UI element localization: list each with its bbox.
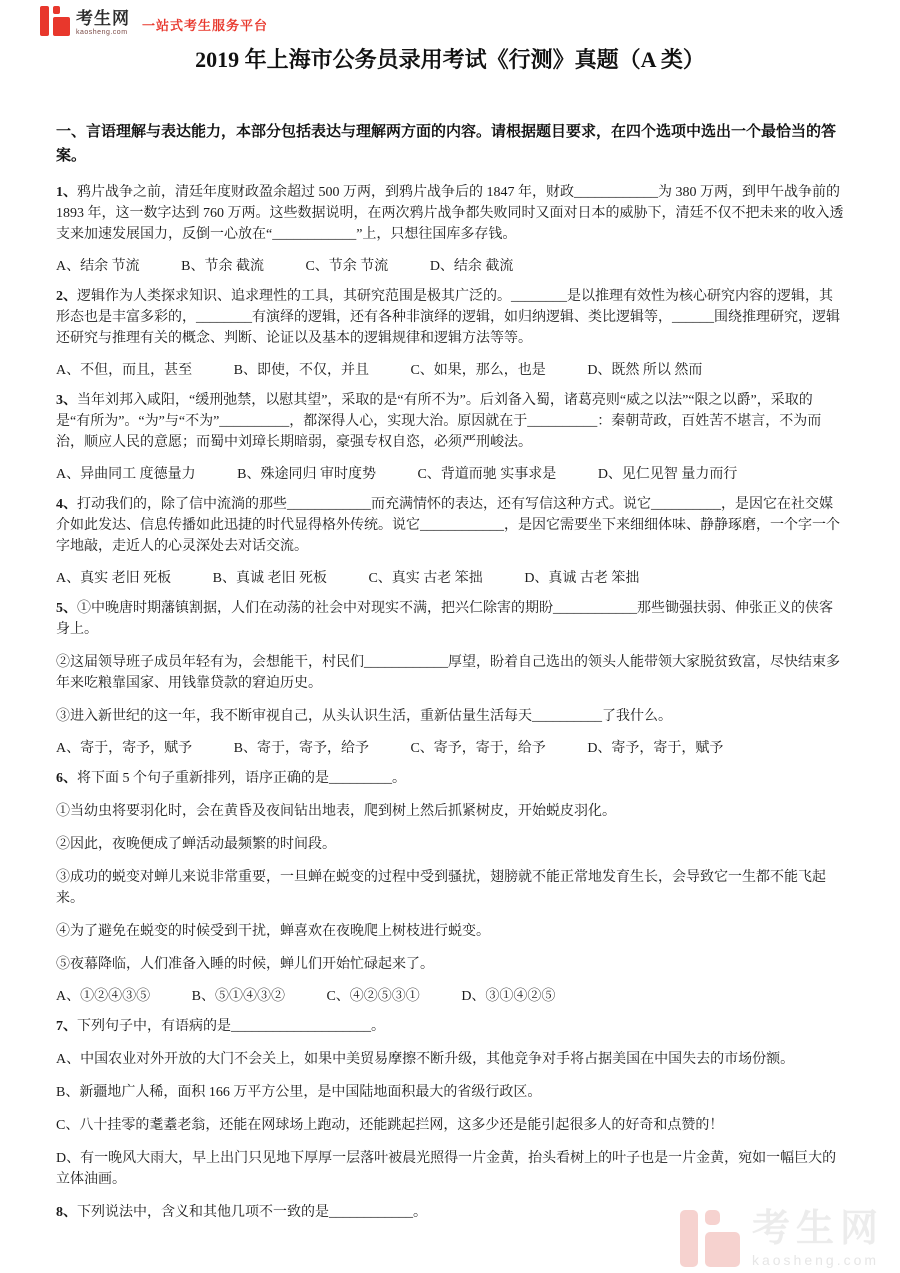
question-6-options: A、①②④③⑤ B、⑤①④③② C、④②⑤③① D、③①④②⑤ xyxy=(56,986,844,1007)
question-3-options: A、异曲同工 度德量力 B、殊途同归 审时度势 C、背道而驰 实事求是 D、见仁… xyxy=(56,464,844,485)
question-2-option-d: D、既然 所以 然而 xyxy=(587,360,702,381)
question-5: 5、①中晚唐时期藩镇割据，人们在动荡的社会中对现实不满，把兴仁除害的期盼____… xyxy=(56,598,844,759)
question-7-option-d: D、有一晚风大雨大，早上出门只见地下厚厚一层落叶被晨光照得一片金黄，抬头看树上的… xyxy=(56,1148,844,1190)
question-3-option-b: B、殊途同归 审时度势 xyxy=(237,464,376,485)
section-header: 一、言语理解与表达能力，本部分包括表达与理解两方面的内容。请根据题目要求，在四个… xyxy=(56,120,844,168)
question-6-sentence-2: ②因此，夜晚便成了蝉活动最频繁的时间段。 xyxy=(56,834,844,855)
question-6-sentence-4: ④为了避免在蜕变的时候受到干扰，蝉喜欢在夜晚爬上树枝进行蜕变。 xyxy=(56,921,844,942)
question-1-body: 鸦片战争之前，清廷年度财政盈余超过 500 万两，到鸦片战争后的 1847 年，… xyxy=(56,185,844,242)
question-7-stem: 下列句子中，有语病的是____________________。 xyxy=(77,1019,385,1034)
question-6-option-b: B、⑤①④③② xyxy=(192,986,285,1007)
question-4-text: 4、打动我们的，除了信中流淌的那些____________而充满情怀的表达，还有… xyxy=(56,494,844,557)
header-logo: 考生网 kaosheng.com 一站式考生服务平台 xyxy=(40,6,268,36)
question-4-option-b: B、真诚 老旧 死板 xyxy=(213,568,327,589)
question-5-text: 5、①中晚唐时期藩镇割据，人们在动荡的社会中对现实不满，把兴仁除害的期盼____… xyxy=(56,598,844,640)
question-1-number: 1、 xyxy=(56,185,77,200)
question-2-option-a: A、不但，而且，甚至 xyxy=(56,360,192,381)
question-1-option-c: C、节余 节流 xyxy=(305,256,388,277)
question-3-text: 3、当年刘邦入咸阳，“缓刑弛禁，以慰其望”，采取的是“有所不为”。后刘备入蜀，诸… xyxy=(56,390,844,453)
question-5-options: A、寄于，寄予，赋予 B、寄于，寄予，给予 C、寄予，寄于，给予 D、寄予，寄于… xyxy=(56,738,844,759)
question-3-body: 当年刘邦入咸阳，“缓刑弛禁，以慰其望”，采取的是“有所不为”。后刘备入蜀，诸葛亮… xyxy=(56,393,821,450)
question-1-option-a: A、结余 节流 xyxy=(56,256,140,277)
brand-domain: kaosheng.com xyxy=(76,29,130,36)
question-1-text: 1、鸦片战争之前，清廷年度财政盈余超过 500 万两，到鸦片战争后的 1847 … xyxy=(56,182,844,245)
question-2: 2、逻辑作为人类探求知识、追求理性的工具，其研究范围是极其广泛的。_______… xyxy=(56,286,844,381)
document-page: 考生网 kaosheng.com 一站式考生服务平台 2019 年上海市公务员录… xyxy=(0,0,900,1273)
document-content: 2019 年上海市公务员录用考试《行测》真题（A 类） 一、言语理解与表达能力，… xyxy=(0,0,900,1223)
question-1-option-b: B、节余 截流 xyxy=(181,256,264,277)
question-8-text: 8、下列说法中，含义和其他几项不一致的是____________。 xyxy=(56,1202,844,1223)
page-title: 2019 年上海市公务员录用考试《行测》真题（A 类） xyxy=(56,44,844,76)
question-1-option-d: D、结余 截流 xyxy=(430,256,514,277)
question-2-number: 2、 xyxy=(56,289,77,304)
question-2-option-b: B、即使，不仅，并且 xyxy=(234,360,369,381)
question-4-option-c: C、真实 古老 笨拙 xyxy=(368,568,482,589)
question-3-option-d: D、见仁见智 量力而行 xyxy=(598,464,738,485)
question-8-stem: 下列说法中，含义和其他几项不一致的是____________。 xyxy=(77,1205,427,1220)
question-7-option-b: B、新疆地广人稀，面积 166 万平方公里，是中国陆地面积最大的省级行政区。 xyxy=(56,1082,844,1103)
question-5-number: 5、 xyxy=(56,601,77,616)
question-6: 6、将下面 5 个句子重新排列，语序正确的是_________。 ①当幼虫将要羽… xyxy=(56,768,844,1007)
question-6-stem: 将下面 5 个句子重新排列，语序正确的是_________。 xyxy=(77,771,406,786)
question-6-sentence-5: ⑤夜幕降临，人们准备入睡的时候，蝉儿们开始忙碌起来了。 xyxy=(56,954,844,975)
question-4: 4、打动我们的，除了信中流淌的那些____________而充满情怀的表达，还有… xyxy=(56,494,844,589)
question-6-option-a: A、①②④③⑤ xyxy=(56,986,150,1007)
question-7-option-a: A、中国农业对外开放的大门不会关上，如果中美贸易摩擦不断升级，其他竞争对手将占据… xyxy=(56,1049,844,1070)
question-8: 8、下列说法中，含义和其他几项不一致的是____________。 xyxy=(56,1202,844,1223)
question-1-options: A、结余 节流 B、节余 截流 C、节余 节流 D、结余 截流 xyxy=(56,256,844,277)
watermark-domain-text: kaosheng.com xyxy=(752,1253,884,1267)
question-6-option-d: D、③①④②⑤ xyxy=(461,986,555,1007)
question-6-number: 6、 xyxy=(56,771,77,786)
question-7: 7、下列句子中，有语病的是____________________。 A、中国农… xyxy=(56,1016,844,1190)
question-7-number: 7、 xyxy=(56,1019,77,1034)
question-3-number: 3、 xyxy=(56,393,77,408)
question-5-item-3: ③进入新世纪的这一年，我不断审视自己，从头认识生活，重新估量生活每天______… xyxy=(56,706,844,727)
question-7-option-c: C、八十挂零的耄耋老翁，还能在网球场上跑动，还能跳起拦网，这多少还是能引起很多人… xyxy=(56,1115,844,1136)
question-5-option-c: C、寄予，寄于，给予 xyxy=(410,738,545,759)
question-2-body: 逻辑作为人类探求知识、追求理性的工具，其研究范围是极其广泛的。________是… xyxy=(56,289,840,346)
question-5-option-d: D、寄予，寄于，赋予 xyxy=(587,738,723,759)
question-2-text: 2、逻辑作为人类探求知识、追求理性的工具，其研究范围是极其广泛的。_______… xyxy=(56,286,844,349)
question-3: 3、当年刘邦入咸阳，“缓刑弛禁，以慰其望”，采取的是“有所不为”。后刘备入蜀，诸… xyxy=(56,390,844,485)
question-3-option-c: C、背道而驰 实事求是 xyxy=(417,464,556,485)
question-1: 1、鸦片战争之前，清廷年度财政盈余超过 500 万两，到鸦片战争后的 1847 … xyxy=(56,182,844,277)
question-6-text: 6、将下面 5 个句子重新排列，语序正确的是_________。 xyxy=(56,768,844,789)
question-6-sentence-1: ①当幼虫将要羽化时，会在黄昏及夜间钻出地表，爬到树上然后抓紧树皮，开始蜕皮羽化。 xyxy=(56,801,844,822)
question-4-option-d: D、真诚 古老 笨拙 xyxy=(524,568,639,589)
question-3-option-a: A、异曲同工 度德量力 xyxy=(56,464,196,485)
question-8-number: 8、 xyxy=(56,1205,77,1220)
question-2-options: A、不但，而且，甚至 B、即使，不仅，并且 C、如果，那么，也是 D、既然 所以… xyxy=(56,360,844,381)
question-4-options: A、真实 老旧 死板 B、真诚 老旧 死板 C、真实 古老 笨拙 D、真诚 古老… xyxy=(56,568,844,589)
question-5-option-b: B、寄于，寄予，给予 xyxy=(234,738,369,759)
question-4-option-a: A、真实 老旧 死板 xyxy=(56,568,171,589)
brand-tagline: 一站式考生服务平台 xyxy=(142,15,268,34)
question-6-sentence-3: ③成功的蜕变对蝉儿来说非常重要，一旦蝉在蜕变的过程中受到骚扰，翅膀就不能正常地发… xyxy=(56,867,844,909)
question-6-option-c: C、④②⑤③① xyxy=(326,986,419,1007)
kaosheng-logo-icon xyxy=(40,6,70,36)
question-4-body: 打动我们的，除了信中流淌的那些____________而充满情怀的表达，还有写信… xyxy=(56,497,840,554)
question-5-option-a: A、寄于，寄予，赋予 xyxy=(56,738,192,759)
brand-name: 考生网 xyxy=(76,10,130,27)
question-5-item-1: ①中晚唐时期藩镇割据，人们在动荡的社会中对现实不满，把兴仁除害的期盼______… xyxy=(56,601,833,637)
question-4-number: 4、 xyxy=(56,497,77,512)
question-7-text: 7、下列句子中，有语病的是____________________。 xyxy=(56,1016,844,1037)
question-2-option-c: C、如果，那么，也是 xyxy=(410,360,545,381)
question-5-item-2: ②这届领导班子成员年轻有为，会想能干，村民们____________厚望，盼着自… xyxy=(56,652,844,694)
